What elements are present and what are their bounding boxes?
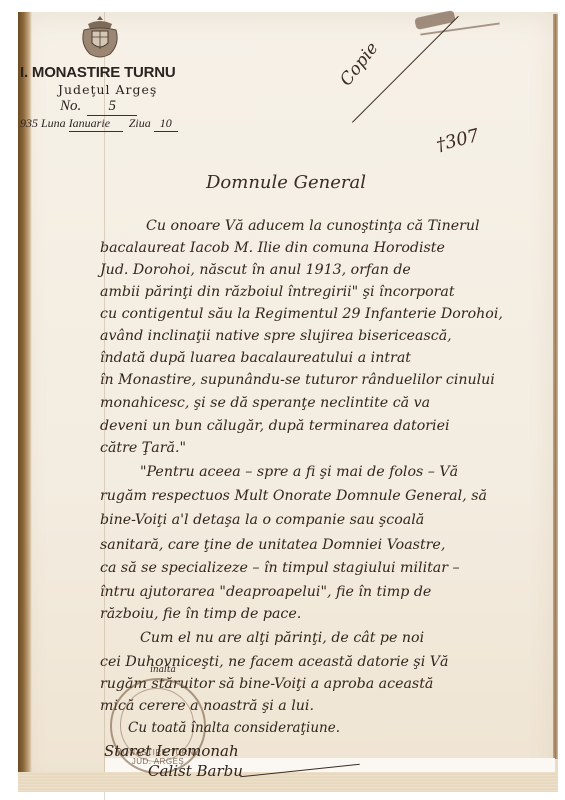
document-number: No.5 (60, 98, 137, 116)
closing-insert: înaltă (150, 665, 176, 675)
letter-line: războiu, fie în timp de pace. (100, 606, 301, 622)
letter-line: sanitară, care ţine de unitatea Domniei … (100, 537, 445, 553)
salutation: Domnule General (206, 172, 366, 193)
letter-line: deveni un bun călugăr, după terminarea d… (100, 418, 450, 434)
closing-line: Cu toată înalta consideraţiune. (128, 720, 340, 736)
signature-name: Calist Barbu (148, 762, 243, 780)
letter-line: Cu onoare Vă aducem la cunoştinţa că Tin… (146, 218, 480, 234)
document-number-value: 5 (87, 98, 137, 116)
letter-line: ca să se specializeze – în timpul stagiu… (100, 560, 460, 576)
date-day: 10 (154, 116, 178, 132)
letter-line: îndată după luarea bacalaureatului a int… (100, 350, 411, 366)
letter-line: întru ajutorarea "deaproapelui", fie în … (100, 584, 431, 600)
letter-line: Jud. Dorohoi, născut în anul 1913, orfan… (100, 262, 411, 278)
date-month: Ianuarie (69, 116, 123, 132)
letter-line: Cum el nu are alţi părinţi, de cât pe no… (140, 630, 424, 646)
letter-line: cu contigentul său la Regimentul 29 Infa… (100, 306, 503, 322)
letter-line: către Ţară." (100, 440, 186, 456)
letter-line: bacalaureat Iacob M. Ilie din comuna Hor… (100, 240, 445, 256)
letter-line: monahicesc, şi se dă speranţe neclintite… (100, 395, 430, 411)
letter-line: "Pentru aceea – spre a fi şi mai de folo… (140, 464, 458, 480)
letter-line: rugăm respectuos Mult Onorate Domnule Ge… (100, 488, 487, 504)
letter-line: bine-Voiţi a'l detaşa la o companie sau … (100, 512, 424, 528)
county-label: Judeţul Argeş (58, 82, 157, 97)
document-date: 935 Luna Ianuarie Ziua 10 (20, 116, 178, 132)
letter-line: ambii părinţi din războiul întregirii" ş… (100, 284, 455, 300)
coat-of-arms-icon (78, 14, 122, 60)
letter-line: în Monastire, supunându-se tuturor rându… (100, 372, 495, 388)
signature-title: Staret Ieromonah (104, 742, 239, 760)
letter-line: având inclinaţii native spre slujirea bi… (100, 328, 452, 344)
institution-name: I. MONASTIRE TURNU (20, 64, 176, 81)
page-right-edge (553, 14, 558, 759)
page-bottom-band (18, 772, 558, 792)
